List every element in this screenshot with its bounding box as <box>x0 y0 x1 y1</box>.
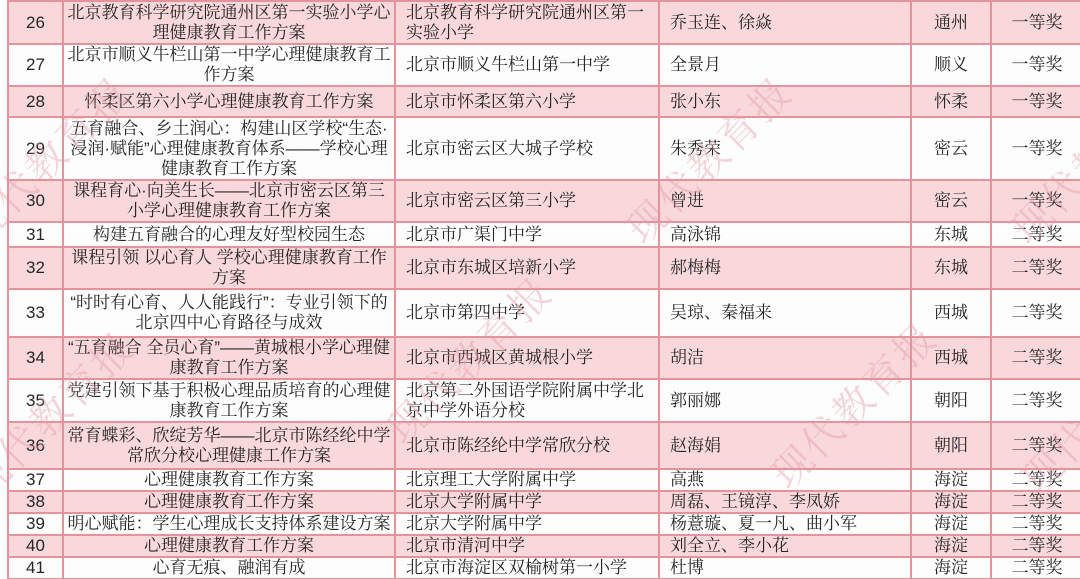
cell-num: 29 <box>9 118 64 181</box>
award-table-page: 26北京教育科学研究院通州区第一实验小学心理健康教育工作方案北京教育科学研究院通… <box>0 0 1080 579</box>
cell-district: 海淀 <box>912 492 992 514</box>
cell-num: 41 <box>9 558 64 579</box>
cell-names: 郝梅梅 <box>660 248 912 290</box>
award-table: 26北京教育科学研究院通州区第一实验小学心理健康教育工作方案北京教育科学研究院通… <box>7 0 1080 579</box>
cell-school: 北京大学附属中学 <box>396 514 660 536</box>
cell-district: 西城 <box>912 290 992 338</box>
table-row: 41心育无痕、融润有成北京市海淀区双榆树第一小学杜博海淀二等奖 <box>9 558 1080 579</box>
cell-award: 一等奖 <box>992 181 1080 223</box>
table-row: 34“五育融合 全员心育”——黄城根小学心理健康教育工作方案北京市西城区黄城根小… <box>9 338 1080 380</box>
cell-num: 38 <box>9 492 64 514</box>
cell-district: 东城 <box>912 223 992 248</box>
cell-award: 二等奖 <box>992 536 1080 558</box>
cell-award: 一等奖 <box>992 118 1080 181</box>
cell-award: 二等奖 <box>992 338 1080 380</box>
cell-school: 北京市顺义牛栏山第一中学 <box>396 45 660 87</box>
cell-title: “时时有心育、人人能践行”：专业引领下的北京四中心育路径与成效 <box>64 290 396 338</box>
cell-names: 郭丽娜 <box>660 380 912 423</box>
cell-school: 北京大学附属中学 <box>396 492 660 514</box>
table-row: 36常育蝶彩、欣绽芳华——北京市陈经纶中学常欣分校心理健康工作方案北京市陈经纶中… <box>9 423 1080 470</box>
cell-num: 35 <box>9 380 64 423</box>
cell-num: 39 <box>9 514 64 536</box>
cell-title: 心理健康教育工作方案 <box>64 536 396 558</box>
cell-title: 明心赋能：学生心理成长支持体系建设方案 <box>64 514 396 536</box>
cell-district: 朝阳 <box>912 423 992 470</box>
cell-num: 27 <box>9 45 64 87</box>
cell-district: 西城 <box>912 338 992 380</box>
cell-num: 32 <box>9 248 64 290</box>
cell-school: 北京市怀柔区第六小学 <box>396 87 660 118</box>
table-row: 37心理健康教育工作方案北京理工大学附属中学高燕海淀二等奖 <box>9 470 1080 492</box>
cell-names: 杜博 <box>660 558 912 579</box>
cell-title: 怀柔区第六小学心理健康教育工作方案 <box>64 87 396 118</box>
cell-school: 北京市清河中学 <box>396 536 660 558</box>
cell-award: 二等奖 <box>992 380 1080 423</box>
cell-district: 海淀 <box>912 470 992 492</box>
table-row: 35党建引领下基于积极心理品质培育的心理健康教育工作方案北京第二外国语学院附属中… <box>9 380 1080 423</box>
cell-num: 34 <box>9 338 64 380</box>
cell-title: 常育蝶彩、欣绽芳华——北京市陈经纶中学常欣分校心理健康工作方案 <box>64 423 396 470</box>
table-row: 32课程引领 以心育人 学校心理健康教育工作方案北京市东城区培新小学郝梅梅东城二… <box>9 248 1080 290</box>
cell-title: “五育融合 全员心育”——黄城根小学心理健康教育工作方案 <box>64 338 396 380</box>
cell-school: 北京市第四中学 <box>396 290 660 338</box>
cell-award: 一等奖 <box>992 2 1080 45</box>
table-row: 26北京教育科学研究院通州区第一实验小学心理健康教育工作方案北京教育科学研究院通… <box>9 2 1080 45</box>
table-row: 33“时时有心育、人人能践行”：专业引领下的北京四中心育路径与成效北京市第四中学… <box>9 290 1080 338</box>
cell-num: 26 <box>9 2 64 45</box>
cell-title: 心育无痕、融润有成 <box>64 558 396 579</box>
cell-num: 36 <box>9 423 64 470</box>
cell-title: 北京市顺义牛栏山第一中学心理健康教育工作方案 <box>64 45 396 87</box>
table-body: 26北京教育科学研究院通州区第一实验小学心理健康教育工作方案北京教育科学研究院通… <box>9 2 1080 579</box>
table-row: 29五育融合、乡土润心：构建山区学校“生态·浸润·赋能”心理健康教育体系——学校… <box>9 118 1080 181</box>
cell-names: 朱秀荣 <box>660 118 912 181</box>
cell-district: 海淀 <box>912 558 992 579</box>
cell-title: 课程引领 以心育人 学校心理健康教育工作方案 <box>64 248 396 290</box>
cell-names: 胡洁 <box>660 338 912 380</box>
cell-num: 30 <box>9 181 64 223</box>
table-row: 38心理健康教育工作方案北京大学附属中学周磊、王镜淳、李凤娇海淀二等奖 <box>9 492 1080 514</box>
cell-names: 刘全立、李小花 <box>660 536 912 558</box>
cell-num: 33 <box>9 290 64 338</box>
cell-district: 顺义 <box>912 45 992 87</box>
cell-school: 北京市西城区黄城根小学 <box>396 338 660 380</box>
cell-award: 二等奖 <box>992 558 1080 579</box>
cell-award: 二等奖 <box>992 514 1080 536</box>
cell-title: 五育融合、乡土润心：构建山区学校“生态·浸润·赋能”心理健康教育体系——学校心理… <box>64 118 396 181</box>
table-row: 40心理健康教育工作方案北京市清河中学刘全立、李小花海淀二等奖 <box>9 536 1080 558</box>
cell-title: 心理健康教育工作方案 <box>64 470 396 492</box>
cell-names: 全景月 <box>660 45 912 87</box>
cell-district: 密云 <box>912 181 992 223</box>
cell-district: 朝阳 <box>912 380 992 423</box>
cell-names: 高泳锦 <box>660 223 912 248</box>
cell-names: 曾进 <box>660 181 912 223</box>
cell-names: 吴琼、秦福来 <box>660 290 912 338</box>
cell-award: 一等奖 <box>992 87 1080 118</box>
cell-award: 一等奖 <box>992 45 1080 87</box>
cell-school: 北京市东城区培新小学 <box>396 248 660 290</box>
cell-names: 高燕 <box>660 470 912 492</box>
cell-school: 北京市密云区第三小学 <box>396 181 660 223</box>
cell-title: 心理健康教育工作方案 <box>64 492 396 514</box>
cell-school: 北京市广渠门中学 <box>396 223 660 248</box>
cell-award: 二等奖 <box>992 248 1080 290</box>
cell-names: 张小东 <box>660 87 912 118</box>
cell-num: 40 <box>9 536 64 558</box>
cell-title: 党建引领下基于积极心理品质培育的心理健康教育工作方案 <box>64 380 396 423</box>
cell-district: 密云 <box>912 118 992 181</box>
cell-district: 海淀 <box>912 514 992 536</box>
cell-num: 28 <box>9 87 64 118</box>
cell-district: 东城 <box>912 248 992 290</box>
cell-award: 二等奖 <box>992 290 1080 338</box>
cell-school: 北京教育科学研究院通州区第一实验小学 <box>396 2 660 45</box>
cell-title: 构建五育融合的心理友好型校园生态 <box>64 223 396 248</box>
cell-school: 北京市海淀区双榆树第一小学 <box>396 558 660 579</box>
cell-district: 怀柔 <box>912 87 992 118</box>
cell-school: 北京市密云区大城子学校 <box>396 118 660 181</box>
cell-district: 通州 <box>912 2 992 45</box>
cell-title: 课程育心·向美生长——北京市密云区第三小学心理健康教育工作方案 <box>64 181 396 223</box>
cell-award: 二等奖 <box>992 492 1080 514</box>
cell-names: 乔玉连、徐焱 <box>660 2 912 45</box>
cell-district: 海淀 <box>912 536 992 558</box>
cell-num: 37 <box>9 470 64 492</box>
cell-names: 杨薏璇、夏一凡、曲小军 <box>660 514 912 536</box>
table-row: 28怀柔区第六小学心理健康教育工作方案北京市怀柔区第六小学张小东怀柔一等奖 <box>9 87 1080 118</box>
table-row: 39明心赋能：学生心理成长支持体系建设方案北京大学附属中学杨薏璇、夏一凡、曲小军… <box>9 514 1080 536</box>
table-row: 30课程育心·向美生长——北京市密云区第三小学心理健康教育工作方案北京市密云区第… <box>9 181 1080 223</box>
cell-names: 周磊、王镜淳、李凤娇 <box>660 492 912 514</box>
cell-names: 赵海娟 <box>660 423 912 470</box>
cell-school: 北京理工大学附属中学 <box>396 470 660 492</box>
cell-school: 北京市陈经纶中学常欣分校 <box>396 423 660 470</box>
cell-award: 二等奖 <box>992 423 1080 470</box>
cell-award: 二等奖 <box>992 223 1080 248</box>
cell-title: 北京教育科学研究院通州区第一实验小学心理健康教育工作方案 <box>64 2 396 45</box>
cell-school: 北京第二外国语学院附属中学北京中学外语分校 <box>396 380 660 423</box>
table-row: 31构建五育融合的心理友好型校园生态北京市广渠门中学高泳锦东城二等奖 <box>9 223 1080 248</box>
cell-award: 二等奖 <box>992 470 1080 492</box>
cell-num: 31 <box>9 223 64 248</box>
table-row: 27北京市顺义牛栏山第一中学心理健康教育工作方案北京市顺义牛栏山第一中学全景月顺… <box>9 45 1080 87</box>
